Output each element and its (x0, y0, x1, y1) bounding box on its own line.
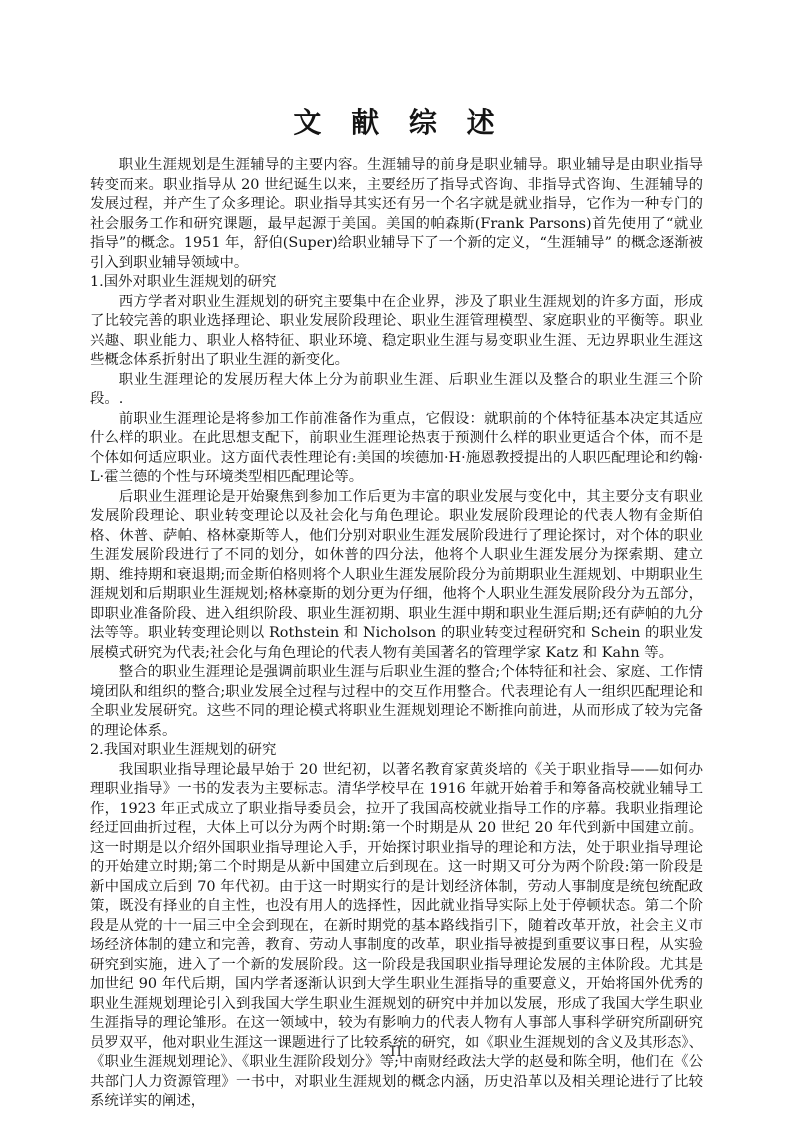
section-1-paragraph-post-career: 后职业生涯理论是开始聚焦到参加工作后更为丰富的职业发展与变化中，其主要分支有职业… (90, 488, 703, 664)
intro-paragraph: 职业生涯规划是生涯辅导的主要内容。生涯辅导的前身是职业辅导。职业辅导是由职业指导… (90, 156, 703, 273)
document-content: 文 献 综 述 职业生涯规划是生涯辅导的主要内容。生涯辅导的前身是职业辅导。职业… (90, 0, 703, 1112)
page-title: 文 献 综 述 (90, 101, 703, 141)
document-page: 文 献 综 述 职业生涯规划是生涯辅导的主要内容。生涯辅导的前身是职业辅导。职业… (0, 0, 793, 1122)
section-1-paragraph-stages: 职业生涯理论的发展历程大体上分为前职业生涯、后职业生涯以及整合的职业生涯三个阶段… (90, 371, 703, 410)
section-1-paragraph-overview: 西方学者对职业生涯规划的研究主要集中在企业界，涉及了职业生涯规划的许多方面，形成… (90, 293, 703, 371)
section-2-heading: 2.我国对职业生涯规划的研究 (90, 741, 703, 761)
page-number: II (0, 1044, 793, 1060)
section-1-heading: 1.国外对职业生涯规划的研究 (90, 273, 703, 293)
section-1-paragraph-integrated: 整合的职业生涯理论是强调前职业生涯与后职业生涯的整合;个体特征和社会、家庭、工作… (90, 663, 703, 741)
section-1-paragraph-pre-career: 前职业生涯理论是将参加工作前准备作为重点，它假设：就职前的个体特征基本决定其适应… (90, 410, 703, 488)
